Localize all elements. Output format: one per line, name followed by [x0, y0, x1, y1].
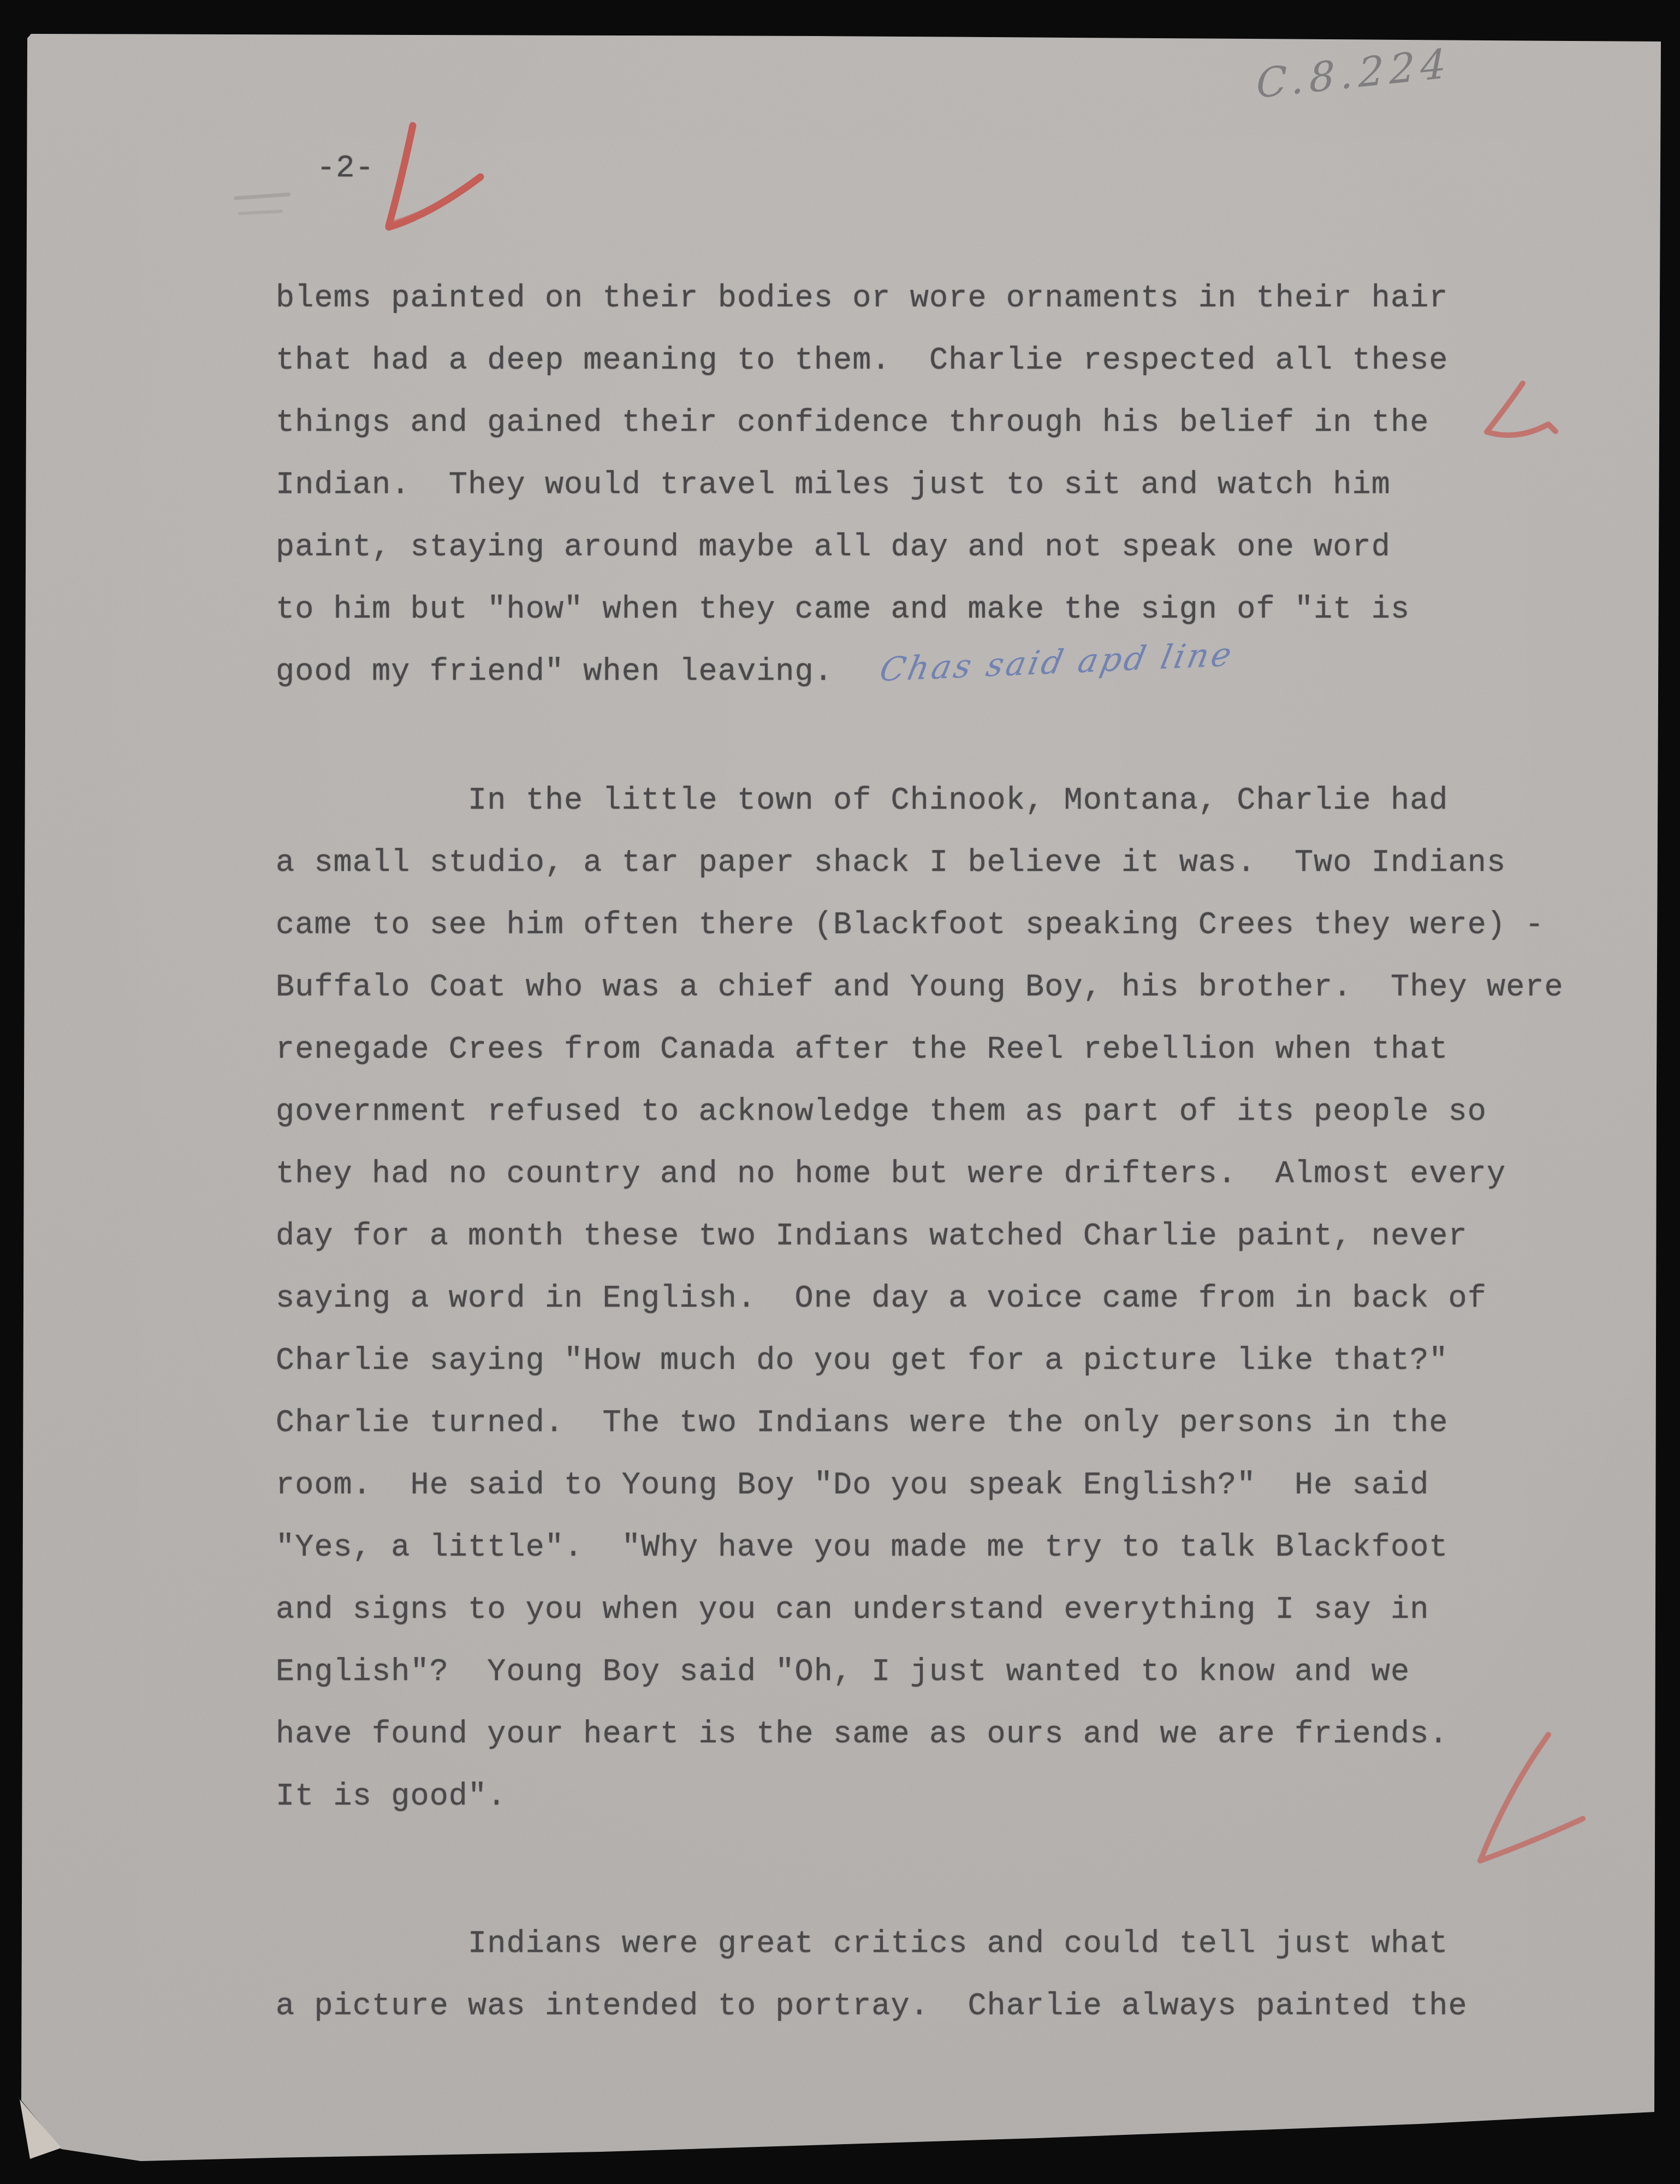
- typed-paragraph-2: In the little town of Chinook, Montana, …: [276, 770, 1564, 1828]
- archive-code-handwriting: C.8.224: [1256, 40, 1451, 108]
- typed-paragraph-3: Indians were great critics and could tel…: [276, 1913, 1468, 2038]
- paper-sheet: -2- blems painted on their bodies or wor…: [0, 0, 1680, 2184]
- pencil-smudge: [234, 192, 290, 200]
- scanned-page: -2- blems painted on their bodies or wor…: [0, 0, 1680, 2184]
- typed-paragraph-1: blems painted on their bodies or wore or…: [276, 268, 1449, 703]
- page-number: -2-: [317, 138, 375, 200]
- pencil-smudge: [238, 210, 283, 215]
